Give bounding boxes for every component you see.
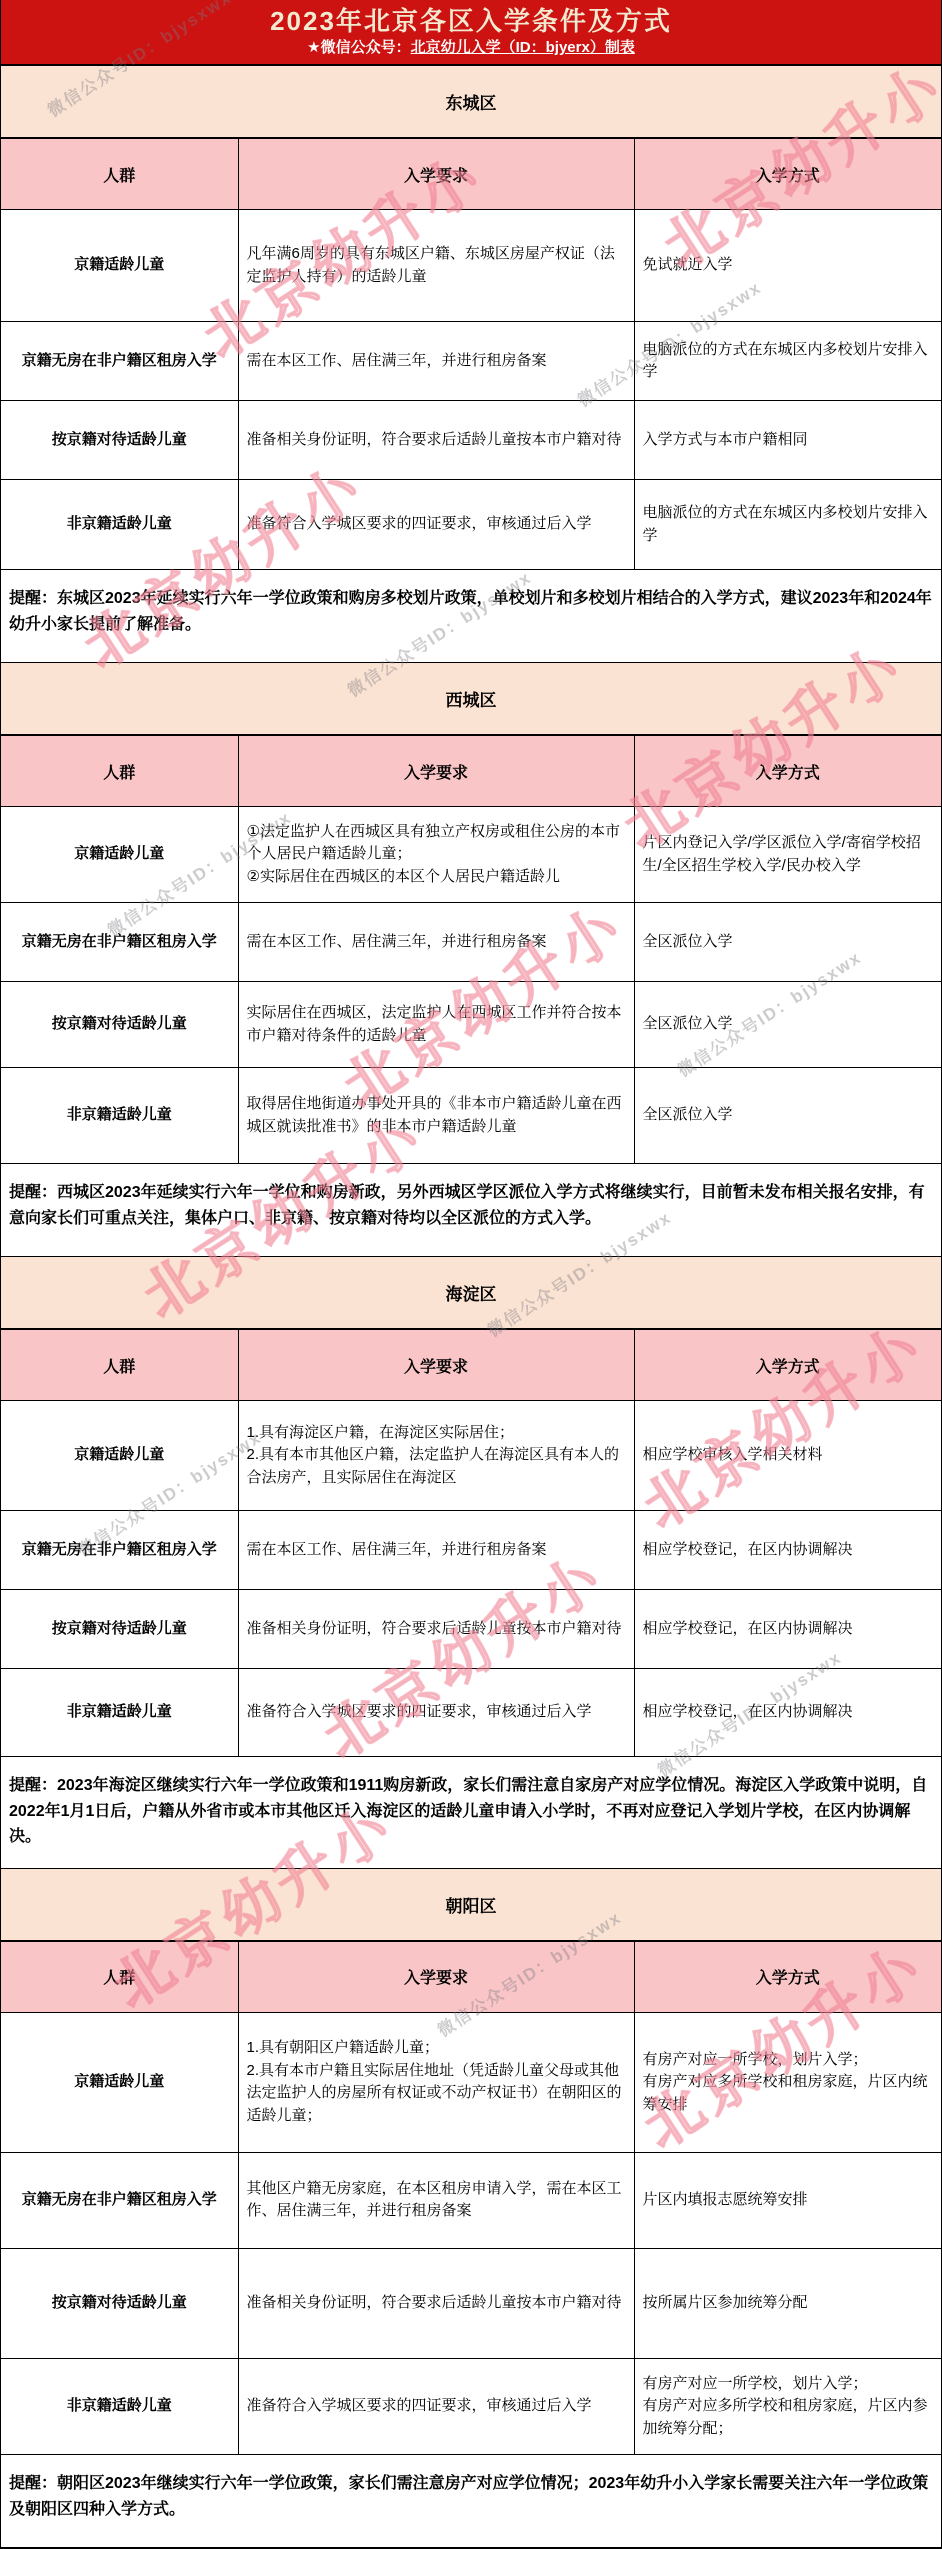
method-cell: 全区派位入学 bbox=[634, 903, 941, 982]
method-cell: 免试就近入学 bbox=[634, 210, 941, 322]
method-cell: 相应学校登记，在区内协调解决 bbox=[634, 1669, 941, 1757]
requirement-cell: 1.具有海淀区户籍，在海淀区实际居住； 2.具有本市其他区户籍，法定监护人在海淀… bbox=[238, 1401, 634, 1511]
enrollment-policy-sheet: 微信公众号ID：bjysxwx 北京幼升小 北京幼升小 微信公众号ID：bjys… bbox=[0, 0, 942, 2549]
group-cell: 按京籍对待适龄儿童 bbox=[1, 401, 238, 480]
column-header-group: 人群 bbox=[1, 1941, 238, 2012]
table-row: 京籍适龄儿童 凡年满6周岁的具有东城区户籍、东城区房屋产权证（法定监护人持有）的… bbox=[1, 210, 941, 322]
requirement-cell: 1.具有朝阳区户籍适龄儿童； 2.具有本市户籍且实际居住地址（凭适龄儿童父母或其… bbox=[238, 2012, 634, 2152]
district-name: 朝阳区 bbox=[1, 1869, 941, 1941]
table-row: 京籍适龄儿童 ①法定监护人在西城区具有独立产权房或租住公房的本市个人居民户籍适龄… bbox=[1, 807, 941, 903]
requirement-cell: 需在本区工作、居住满三年，并进行租房备案 bbox=[238, 322, 634, 401]
group-cell: 京籍适龄儿童 bbox=[1, 1401, 238, 1511]
method-cell: 片区内填报志愿统筹安排 bbox=[634, 2152, 941, 2248]
table-row: 京籍无房在非户籍区租房入学 需在本区工作、居住满三年，并进行租房备案 相应学校登… bbox=[1, 1511, 941, 1590]
method-cell: 全区派位入学 bbox=[634, 1068, 941, 1164]
group-cell: 京籍适龄儿童 bbox=[1, 807, 238, 903]
method-cell: 有房产对应一所学校，划片入学； 有房产对应多所学校和租房家庭，片区内参加统筹分配… bbox=[634, 2358, 941, 2454]
table-row: 京籍适龄儿童 1.具有海淀区户籍，在海淀区实际居住； 2.具有本市其他区户籍，法… bbox=[1, 1401, 941, 1511]
table-row: 按京籍对待适龄儿童 准备相关身份证明，符合要求后适龄儿童按本市户籍对待 相应学校… bbox=[1, 1590, 941, 1669]
table-row: 京籍适龄儿童 1.具有朝阳区户籍适龄儿童； 2.具有本市户籍且实际居住地址（凭适… bbox=[1, 2012, 941, 2152]
method-cell: 电脑派位的方式在东城区内多校划片安排入学 bbox=[634, 322, 941, 401]
subtitle-prefix: 微信公众号： bbox=[321, 39, 411, 56]
method-cell: 相应学校审核入学相关材料 bbox=[634, 1401, 941, 1511]
column-header-requirement: 入学要求 bbox=[238, 1330, 634, 1401]
table-header-row: 人群 入学要求 入学方式 bbox=[1, 1941, 941, 2012]
column-header-group: 人群 bbox=[1, 139, 238, 210]
column-header-requirement: 入学要求 bbox=[238, 1941, 634, 2012]
requirement-cell: 凡年满6周岁的具有东城区户籍、东城区房屋产权证（法定监护人持有）的适龄儿童 bbox=[238, 210, 634, 322]
district-section-haidian: 海淀区 人群 入学要求 入学方式 京籍适龄儿童 1.具有海淀区户籍，在海淀区实际… bbox=[1, 1257, 941, 1869]
table-header-row: 人群 入学要求 入学方式 bbox=[1, 1330, 941, 1401]
group-cell: 非京籍适龄儿童 bbox=[1, 2358, 238, 2454]
column-header-group: 人群 bbox=[1, 1330, 238, 1401]
enrollment-table: 人群 入学要求 入学方式 京籍适龄儿童 ①法定监护人在西城区具有独立产权房或租住… bbox=[1, 735, 941, 1164]
group-cell: 京籍无房在非户籍区租房入学 bbox=[1, 2152, 238, 2248]
method-cell: 相应学校登记，在区内协调解决 bbox=[634, 1590, 941, 1669]
table-row: 按京籍对待适龄儿童 准备相关身份证明，符合要求后适龄儿童按本市户籍对待 入学方式… bbox=[1, 401, 941, 480]
enrollment-table: 人群 入学要求 入学方式 京籍适龄儿童 1.具有朝阳区户籍适龄儿童； 2.具有本… bbox=[1, 1941, 941, 2455]
requirement-cell: ①法定监护人在西城区具有独立产权房或租住公房的本市个人居民户籍适龄儿童； ②实际… bbox=[238, 807, 634, 903]
column-header-method: 入学方式 bbox=[634, 1330, 941, 1401]
column-header-requirement: 入学要求 bbox=[238, 139, 634, 210]
district-section-xicheng: 西城区 人群 入学要求 入学方式 京籍适龄儿童 ①法定监护人在西城区具有独立产权… bbox=[1, 663, 941, 1257]
subtitle-account: 北京幼儿入学（ID：bjyerx） bbox=[411, 39, 605, 56]
group-cell: 非京籍适龄儿童 bbox=[1, 1669, 238, 1757]
table-header-row: 人群 入学要求 入学方式 bbox=[1, 736, 941, 807]
requirement-cell: 需在本区工作、居住满三年，并进行租房备案 bbox=[238, 903, 634, 982]
method-cell: 按所属片区参加统筹分配 bbox=[634, 2248, 941, 2358]
group-cell: 按京籍对待适龄儿童 bbox=[1, 982, 238, 1068]
method-cell: 全区派位入学 bbox=[634, 982, 941, 1068]
table-row: 京籍无房在非户籍区租房入学 需在本区工作、居住满三年，并进行租房备案 电脑派位的… bbox=[1, 322, 941, 401]
reminder-note: 提醒：东城区2023年延续实行六年一学位政策和购房多校划片政策，单校划片和多校划… bbox=[1, 570, 941, 663]
requirement-cell: 准备相关身份证明，符合要求后适龄儿童按本市户籍对待 bbox=[238, 401, 634, 480]
requirement-cell: 准备符合入学城区要求的四证要求，审核通过后入学 bbox=[238, 480, 634, 570]
star-icon: ★ bbox=[307, 39, 320, 56]
reminder-note: 提醒：2023年海淀区继续实行六年一学位政策和1911购房新政，家长们需注意自家… bbox=[1, 1757, 941, 1869]
method-cell: 片区内登记入学/学区派位入学/寄宿学校招生/全区招生学校入学/民办校入学 bbox=[634, 807, 941, 903]
enrollment-table: 人群 入学要求 入学方式 京籍适龄儿童 凡年满6周岁的具有东城区户籍、东城区房屋… bbox=[1, 138, 941, 570]
table-row: 京籍无房在非户籍区租房入学 需在本区工作、居住满三年，并进行租房备案 全区派位入… bbox=[1, 903, 941, 982]
requirement-cell: 其他区户籍无房家庭，在本区租房申请入学，需在本区工作、居住满三年，并进行租房备案 bbox=[238, 2152, 634, 2248]
group-cell: 按京籍对待适龄儿童 bbox=[1, 1590, 238, 1669]
title-banner: 2023年北京各区入学条件及方式 ★微信公众号：北京幼儿入学（ID：bjyerx… bbox=[1, 0, 941, 66]
method-cell: 电脑派位的方式在东城区内多校划片安排入学 bbox=[634, 480, 941, 570]
table-row: 京籍无房在非户籍区租房入学 其他区户籍无房家庭，在本区租房申请入学，需在本区工作… bbox=[1, 2152, 941, 2248]
requirement-cell: 准备相关身份证明，符合要求后适龄儿童按本市户籍对待 bbox=[238, 1590, 634, 1669]
group-cell: 非京籍适龄儿童 bbox=[1, 1068, 238, 1164]
column-header-method: 入学方式 bbox=[634, 139, 941, 210]
group-cell: 京籍适龄儿童 bbox=[1, 210, 238, 322]
group-cell: 京籍无房在非户籍区租房入学 bbox=[1, 903, 238, 982]
table-row: 按京籍对待适龄儿童 准备相关身份证明，符合要求后适龄儿童按本市户籍对待 按所属片… bbox=[1, 2248, 941, 2358]
requirement-cell: 实际居住在西城区，法定监护人在西城区工作并符合按本市户籍对待条件的适龄儿童 bbox=[238, 982, 634, 1068]
method-cell: 有房产对应一所学校，划片入学； 有房产对应多所学校和租房家庭，片区内统筹安排 bbox=[634, 2012, 941, 2152]
district-section-chaoyang: 朝阳区 人群 入学要求 入学方式 京籍适龄儿童 1.具有朝阳区户籍适龄儿童； 2… bbox=[1, 1869, 941, 2547]
requirement-cell: 准备相关身份证明，符合要求后适龄儿童按本市户籍对待 bbox=[238, 2248, 634, 2358]
table-row: 非京籍适龄儿童 取得居住地街道办事处开具的《非本市户籍适龄儿童在西城区就读批准书… bbox=[1, 1068, 941, 1164]
group-cell: 京籍适龄儿童 bbox=[1, 2012, 238, 2152]
group-cell: 非京籍适龄儿童 bbox=[1, 480, 238, 570]
reminder-note: 提醒：西城区2023年延续实行六年一学位和购房新政，另外西城区学区派位入学方式将… bbox=[1, 1164, 941, 1257]
district-name: 东城区 bbox=[1, 66, 941, 138]
method-cell: 入学方式与本市户籍相同 bbox=[634, 401, 941, 480]
table-header-row: 人群 入学要求 入学方式 bbox=[1, 139, 941, 210]
requirement-cell: 准备符合入学城区要求的四证要求，审核通过后入学 bbox=[238, 2358, 634, 2454]
column-header-method: 入学方式 bbox=[634, 1941, 941, 2012]
column-header-group: 人群 bbox=[1, 736, 238, 807]
table-row: 按京籍对待适龄儿童 实际居住在西城区，法定监护人在西城区工作并符合按本市户籍对待… bbox=[1, 982, 941, 1068]
subtitle: ★微信公众号：北京幼儿入学（ID：bjyerx）制表 bbox=[1, 39, 941, 57]
table-row: 非京籍适龄儿童 准备符合入学城区要求的四证要求，审核通过后入学 有房产对应一所学… bbox=[1, 2358, 941, 2454]
requirement-cell: 需在本区工作、居住满三年，并进行租房备案 bbox=[238, 1511, 634, 1590]
reminder-note: 提醒：朝阳区2023年继续实行六年一学位政策，家长们需注意房产对应学位情况；20… bbox=[1, 2455, 941, 2547]
table-row: 非京籍适龄儿童 准备符合入学城区要求的四证要求，审核通过后入学 相应学校登记，在… bbox=[1, 1669, 941, 1757]
method-cell: 相应学校登记，在区内协调解决 bbox=[634, 1511, 941, 1590]
table-row: 非京籍适龄儿童 准备符合入学城区要求的四证要求，审核通过后入学 电脑派位的方式在… bbox=[1, 480, 941, 570]
requirement-cell: 准备符合入学城区要求的四证要求，审核通过后入学 bbox=[238, 1669, 634, 1757]
group-cell: 京籍无房在非户籍区租房入学 bbox=[1, 1511, 238, 1590]
subtitle-suffix: 制表 bbox=[605, 39, 635, 56]
district-section-dongcheng: 东城区 人群 入学要求 入学方式 京籍适龄儿童 凡年满6周岁的具有东城区户籍、东… bbox=[1, 66, 941, 663]
column-header-method: 入学方式 bbox=[634, 736, 941, 807]
page-title: 2023年北京各区入学条件及方式 bbox=[1, 6, 941, 37]
column-header-requirement: 入学要求 bbox=[238, 736, 634, 807]
requirement-cell: 取得居住地街道办事处开具的《非本市户籍适龄儿童在西城区就读批准书》的非本市户籍适… bbox=[238, 1068, 634, 1164]
district-name: 西城区 bbox=[1, 663, 941, 735]
enrollment-table: 人群 入学要求 入学方式 京籍适龄儿童 1.具有海淀区户籍，在海淀区实际居住； … bbox=[1, 1329, 941, 1757]
group-cell: 京籍无房在非户籍区租房入学 bbox=[1, 322, 238, 401]
district-name: 海淀区 bbox=[1, 1257, 941, 1329]
group-cell: 按京籍对待适龄儿童 bbox=[1, 2248, 238, 2358]
